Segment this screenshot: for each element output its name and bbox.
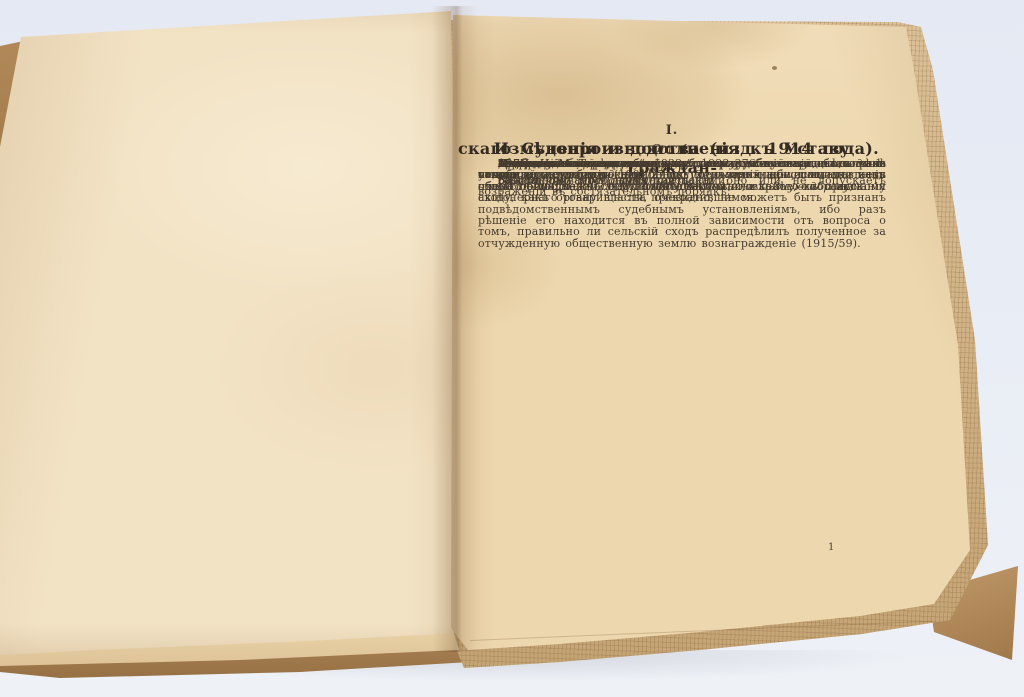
chapter-number: I. [458, 124, 886, 138]
page-title-line-2: скаго Судопроизводства (изд. 1914 года). [458, 140, 879, 159]
paper-speck [772, 66, 777, 70]
page-content: I. Измѣненія и дополненія къ Уставу Граж… [458, 124, 886, 564]
entry-text: смотря по тому, допускаетъ ли оно или не… [478, 175, 886, 198]
left-page-blank [0, 0, 470, 670]
book-photo: I. Измѣненія и дополненія къ Уставу Граж… [0, 0, 1024, 697]
reference-source: — „Гражданское право“, 1922 г., стр. 376… [478, 158, 760, 169]
signature-number: 1 [828, 542, 834, 553]
